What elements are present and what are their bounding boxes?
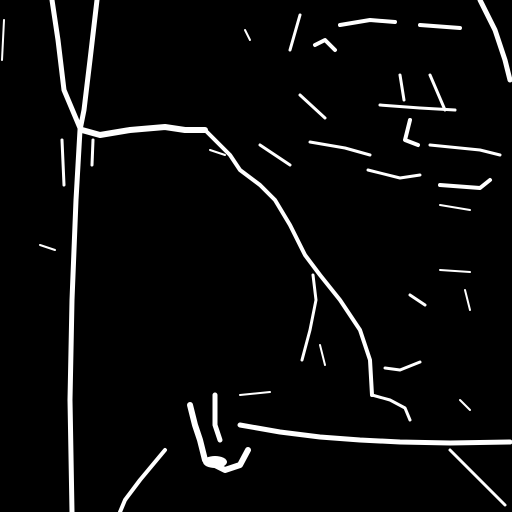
edge-map-drawing xyxy=(0,0,512,512)
edge-map-image xyxy=(0,0,512,512)
